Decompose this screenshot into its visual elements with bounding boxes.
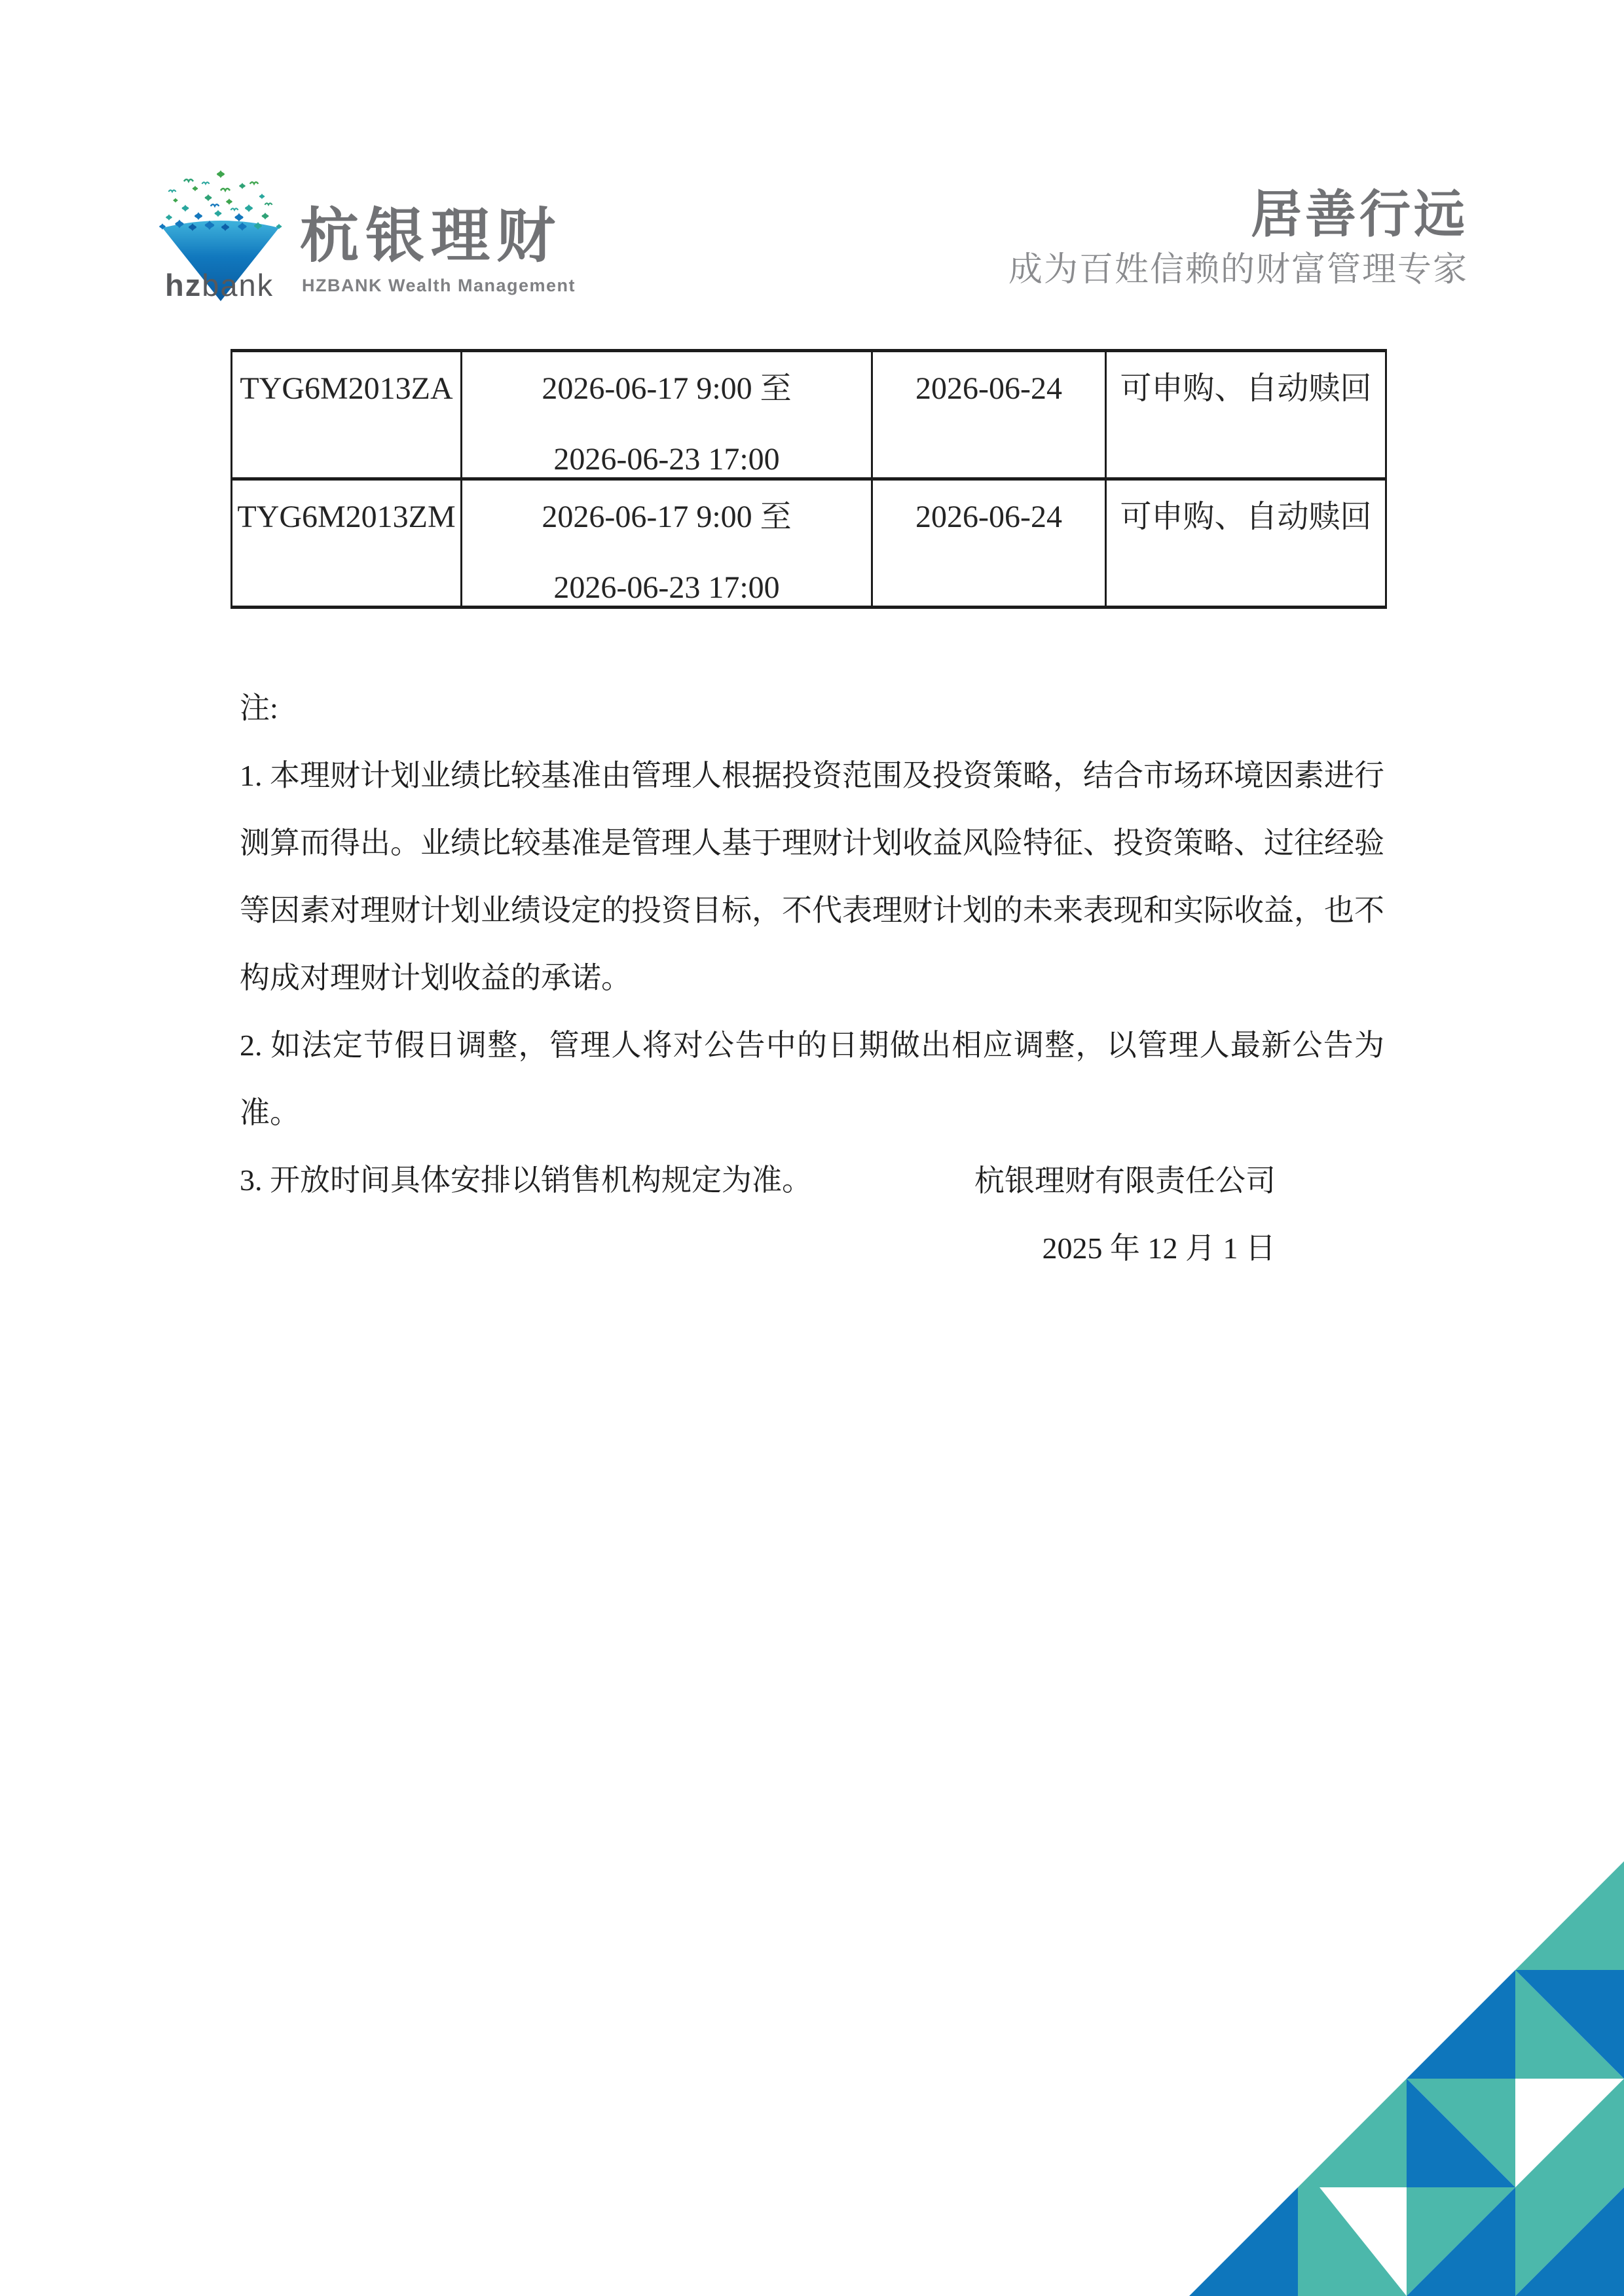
logo-wordmark-hz: hz [165,268,202,302]
cell-status: 可申购、自动赎回 [1105,352,1385,477]
corner-triangle-mosaic-decoration [1166,1820,1624,2296]
note-item-1: 1. 本理财计划业绩比较基准由管理人根据投资范围及投资策略，结合市场环境因素进行… [240,742,1384,1011]
schedule-table: TYG6M2013ZA 2026-06-17 9:00 至 2026-06-23… [231,349,1387,609]
table-row: TYG6M2013ZM 2026-06-17 9:00 至 2026-06-23… [232,477,1385,606]
logo-wordmark: hzbank [165,267,274,303]
notes-section: 注: 1. 本理财计划业绩比较基准由管理人根据投资范围及投资策略，结合市场环境因… [240,674,1384,1214]
open-period-line2: 2026-06-23 17:00 [462,553,871,606]
cell-product-code: TYG6M2013ZM [232,481,460,606]
signature-date: 2025 年 12 月 1 日 [240,1214,1276,1282]
document-page: hzbank 杭银理财 HZBANK Wealth Management 居善行… [0,0,1624,2296]
notes-label: 注: [240,674,1384,742]
slogan-sub: 成为百姓信赖的财富管理专家 [1008,253,1468,287]
open-period-line1: 2026-06-17 9:00 至 [462,354,871,424]
cell-open-date: 2026-06-24 [871,481,1105,606]
cell-status: 可申购、自动赎回 [1105,481,1385,606]
signature-company: 杭银理财有限责任公司 [240,1147,1276,1214]
logo-wordmark-bank: bank [202,268,274,302]
header-slogan: 居善行远 成为百姓信赖的财富管理专家 [1008,189,1468,287]
note-item-2: 2. 如法定节假日调整，管理人将对公告中的日期做出相应调整，以管理人最新公告为准… [240,1011,1384,1146]
open-period-line1: 2026-06-17 9:00 至 [462,482,871,553]
table-row: TYG6M2013ZA 2026-06-17 9:00 至 2026-06-23… [232,352,1385,477]
signature-block: 杭银理财有限责任公司 2025 年 12 月 1 日 [240,1147,1276,1282]
brand-name-cn: 杭银理财 [300,207,562,266]
cell-product-code: TYG6M2013ZA [232,352,460,477]
slogan-main: 居善行远 [1008,189,1468,240]
cell-open-period: 2026-06-17 9:00 至 2026-06-23 17:00 [460,352,871,477]
brand-name-en: HZBANK Wealth Management [302,276,576,296]
open-period-line2: 2026-06-23 17:00 [462,424,871,477]
cell-open-period: 2026-06-17 9:00 至 2026-06-23 17:00 [460,481,871,606]
cell-open-date: 2026-06-24 [871,352,1105,477]
